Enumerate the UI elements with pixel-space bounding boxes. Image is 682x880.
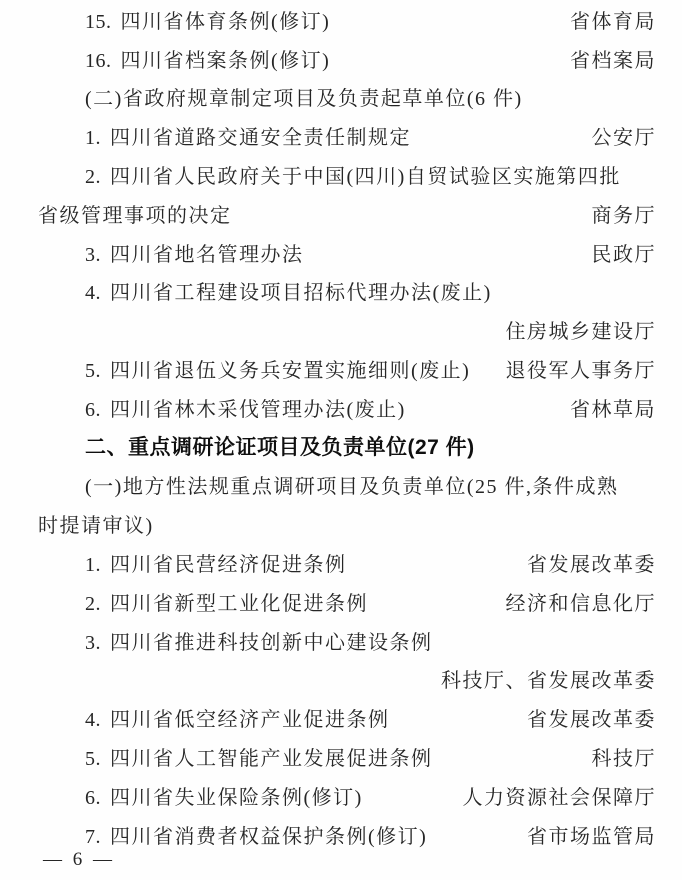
item-number: 4. <box>85 709 101 732</box>
item-left: 7.四川省消费者权益保护条例(修订) <box>85 820 427 849</box>
item-number: 6. <box>85 399 101 422</box>
list-item: 16.四川省档案条例(修订)省档案局 <box>38 39 656 78</box>
item-left: 5.四川省退伍义务兵安置实施细则(废止) <box>85 354 470 383</box>
subsection-heading-row: (一)地方性法规重点调研项目及负责单位(25 件,条件成熟 <box>38 466 656 505</box>
item-left: 4.四川省工程建设项目招标代理办法(废止) <box>85 276 492 305</box>
item-number: 5. <box>85 360 101 383</box>
page-number: — 6 — <box>43 849 115 871</box>
item-number: 6. <box>85 787 101 810</box>
section-heading: 二、重点调研论证项目及负责单位(27 件) <box>85 431 475 461</box>
item-number: 16. <box>85 50 112 73</box>
subsection-heading: (二)省政府规章制定项目及负责起草单位(6 件) <box>85 82 523 111</box>
list-item: 7.四川省消费者权益保护条例(修订)省市场监管局 <box>38 815 656 854</box>
item-title: 四川省地名管理办法 <box>110 238 304 267</box>
list-item: 4.四川省低空经济产业促进条例省发展改革委 <box>38 698 656 737</box>
item-number: 2. <box>85 166 101 189</box>
item-agency: 省发展改革委 <box>527 703 656 732</box>
list-item: 3.四川省地名管理办法民政厅 <box>38 233 656 272</box>
item-title: 四川省消费者权益保护条例(修订) <box>110 820 427 849</box>
item-agency: 省发展改革委 <box>527 548 656 577</box>
list-item: 6.四川省失业保险条例(修订)人力资源社会保障厅 <box>38 776 656 815</box>
item-agency: 公安厅 <box>592 121 657 150</box>
list-item: 2.四川省新型工业化促进条例经济和信息化厅 <box>38 582 656 621</box>
item-agency: 省体育局 <box>570 5 656 34</box>
item-left: 1.四川省民营经济促进条例 <box>85 548 347 577</box>
item-left: 2.四川省人民政府关于中国(四川)自贸试验区实施第四批 <box>85 160 621 189</box>
item-agency: 科技厅、省发展改革委 <box>441 664 656 693</box>
item-title: 四川省人工智能产业发展促进条例 <box>110 742 433 771</box>
item-number: 3. <box>85 632 101 655</box>
item-number: 3. <box>85 244 101 267</box>
item-left: 3.四川省推进科技创新中心建设条例 <box>85 626 433 655</box>
item-number: 5. <box>85 748 101 771</box>
item-title: 四川省失业保险条例(修订) <box>110 781 363 810</box>
item-number: 15. <box>85 11 112 34</box>
item-title: 四川省低空经济产业促进条例 <box>110 703 390 732</box>
continuation-text: 省级管理事项的决定 <box>38 199 232 228</box>
item-agency: 省档案局 <box>570 44 656 73</box>
continuation-text: 时提请审议) <box>38 509 154 538</box>
item-left: 15.四川省体育条例(修订) <box>85 5 330 34</box>
item-left: 5.四川省人工智能产业发展促进条例 <box>85 742 433 771</box>
item-left: 3.四川省地名管理办法 <box>85 238 304 267</box>
item-title: 四川省人民政府关于中国(四川)自贸试验区实施第四批 <box>110 160 621 189</box>
list-item: 15.四川省体育条例(修订)省体育局 <box>38 0 656 39</box>
item-agency: 退役军人事务厅 <box>506 354 657 383</box>
item-agency: 经济和信息化厅 <box>506 587 657 616</box>
item-agency: 住房城乡建设厅 <box>506 315 657 344</box>
continuation-line: 省级管理事项的决定商务厅 <box>38 194 656 233</box>
item-title: 四川省工程建设项目招标代理办法(废止) <box>110 276 492 305</box>
list-item: 1.四川省道路交通安全责任制规定公安厅 <box>38 116 656 155</box>
item-title: 四川省退伍义务兵安置实施细则(废止) <box>110 354 470 383</box>
item-left: 2.四川省新型工业化促进条例 <box>85 587 368 616</box>
list-item: 3.四川省推进科技创新中心建设条例 <box>38 621 656 660</box>
item-left: 6.四川省失业保险条例(修订) <box>85 781 363 810</box>
continuation-line: 科技厅、省发展改革委 <box>38 660 656 699</box>
item-left: 6.四川省林木采伐管理办法(废止) <box>85 393 406 422</box>
item-left: 4.四川省低空经济产业促进条例 <box>85 703 390 732</box>
item-number: 2. <box>85 593 101 616</box>
document-page: 15.四川省体育条例(修订)省体育局16.四川省档案条例(修订)省档案局(二)省… <box>0 0 682 880</box>
continuation-line: 时提请审议) <box>38 504 656 543</box>
item-agency: 省林草局 <box>570 393 656 422</box>
item-agency: 民政厅 <box>592 238 657 267</box>
item-agency: 省市场监管局 <box>527 820 656 849</box>
item-title: 四川省林木采伐管理办法(废止) <box>110 393 406 422</box>
item-number: 1. <box>85 127 101 150</box>
item-agency: 人力资源社会保障厅 <box>463 781 657 810</box>
item-title: 四川省道路交通安全责任制规定 <box>110 121 411 150</box>
list-item: 1.四川省民营经济促进条例省发展改革委 <box>38 543 656 582</box>
section-heading-row: 二、重点调研论证项目及负责单位(27 件) <box>38 427 656 466</box>
list-item: 5.四川省退伍义务兵安置实施细则(废止)退役军人事务厅 <box>38 349 656 388</box>
item-title: 四川省档案条例(修订) <box>121 44 331 73</box>
item-title: 四川省民营经济促进条例 <box>110 548 347 577</box>
continuation-line: 住房城乡建设厅 <box>38 310 656 349</box>
item-title: 四川省推进科技创新中心建设条例 <box>110 626 433 655</box>
item-left: 1.四川省道路交通安全责任制规定 <box>85 121 411 150</box>
document-rows: 15.四川省体育条例(修订)省体育局16.四川省档案条例(修订)省档案局(二)省… <box>38 0 656 854</box>
item-left: 16.四川省档案条例(修订) <box>85 44 330 73</box>
list-item: 4.四川省工程建设项目招标代理办法(废止) <box>38 272 656 311</box>
subsection-heading-row: (二)省政府规章制定项目及负责起草单位(6 件) <box>38 78 656 117</box>
list-item: 6.四川省林木采伐管理办法(废止)省林草局 <box>38 388 656 427</box>
subsection-heading: (一)地方性法规重点调研项目及负责单位(25 件,条件成熟 <box>85 470 618 499</box>
list-item: 2.四川省人民政府关于中国(四川)自贸试验区实施第四批 <box>38 155 656 194</box>
item-number: 4. <box>85 282 101 305</box>
item-number: 1. <box>85 554 101 577</box>
list-item: 5.四川省人工智能产业发展促进条例科技厅 <box>38 737 656 776</box>
item-number: 7. <box>85 826 101 849</box>
item-title: 四川省体育条例(修订) <box>121 5 331 34</box>
item-title: 四川省新型工业化促进条例 <box>110 587 368 616</box>
item-agency: 科技厅 <box>592 742 657 771</box>
item-agency: 商务厅 <box>592 199 657 228</box>
